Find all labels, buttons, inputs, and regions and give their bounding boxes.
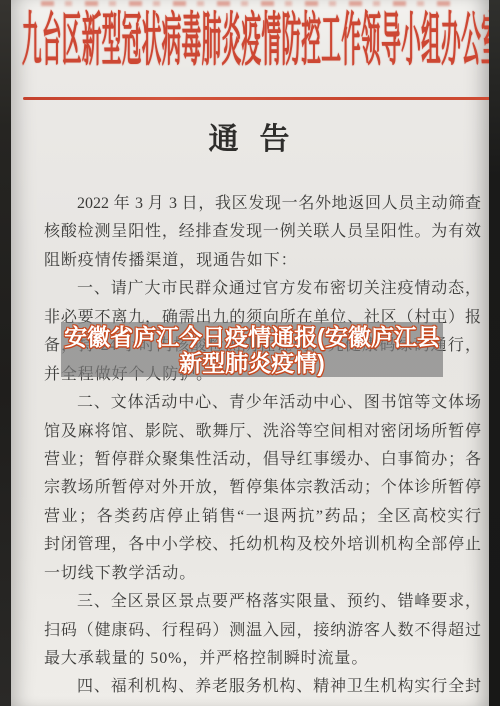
document-text-line: 扫码（健康码、行程码）测温入园，接纳游客人数不得超过 xyxy=(44,617,481,645)
watermark-overlay: 安徽省庐江今日疫情通报(安徽庐江县 新型肺炎疫情) xyxy=(61,322,443,377)
notice-title: 通 告 xyxy=(11,121,489,159)
document-text-line: 馆及麻将馆、影院、歌舞厅、洗浴等空间相对密闭场所暂停 xyxy=(44,418,481,446)
document-text-line: 四、福利机构、养老服务机构、精神卫生机构实行全封 xyxy=(44,673,481,701)
header-divider-line xyxy=(23,97,499,100)
overlay-caption-line2: 新型肺炎疫情) xyxy=(179,350,325,376)
cropped-header-artifact xyxy=(41,1,459,6)
document-text-line: 宗教场所暂停对外开放，暂停集体宗教活动；个体诊所暂停 xyxy=(44,474,481,502)
overlay-caption-line1: 安徽省庐江今日疫情通报(安徽庐江县 xyxy=(64,324,440,350)
photo-edge-right xyxy=(489,0,500,706)
notice-body: 2022 年 3 月 3 日，我区发现一名外地返回人员主动筛查核酸检测呈阳性，经… xyxy=(44,190,481,702)
document-text-line: 营业；各类药店停止销售“一退两抗”药品；全区高校实行 xyxy=(44,503,481,531)
document-text-line: 核酸检测呈阳性，经排查发现一例关联人员呈阳性。为有效 xyxy=(44,218,481,246)
document-text-line: 一、请广大市民群众通过官方发布密切关注疫情动态， xyxy=(44,275,481,303)
photo-frame: 九台区新型冠状病毒肺炎疫情防控工作领导小组办公室 通 告 2022 年 3 月 … xyxy=(0,0,500,706)
document-text-line: 最大承载量的 50%，并严格控制瞬时流量。 xyxy=(44,645,481,673)
document-text-line: 二、文体活动中心、青少年活动中心、图书馆等文体场 xyxy=(44,389,481,417)
document-text-line: 三、全区景区景点要严格落实限量、预约、错峰要求， xyxy=(44,588,481,616)
document-text-line: 一切线下教学活动。 xyxy=(44,560,481,588)
document-text-line: 2022 年 3 月 3 日，我区发现一名外地返回人员主动筛查 xyxy=(44,190,481,218)
document-text-line: 封闭管理，各中小学校、托幼机构及校外培训机构全部停止 xyxy=(44,531,481,559)
org-header-banner: 九台区新型冠状病毒肺炎疫情防控工作领导小组办公室 xyxy=(22,13,500,74)
document-text-line: 营业；暂停群众聚集性活动，倡导红事缓办、白事简办；各 xyxy=(44,446,481,474)
document-text-line: 阻断疫情传播渠道，现通告如下： xyxy=(44,247,481,275)
photo-edge-left xyxy=(0,0,11,706)
